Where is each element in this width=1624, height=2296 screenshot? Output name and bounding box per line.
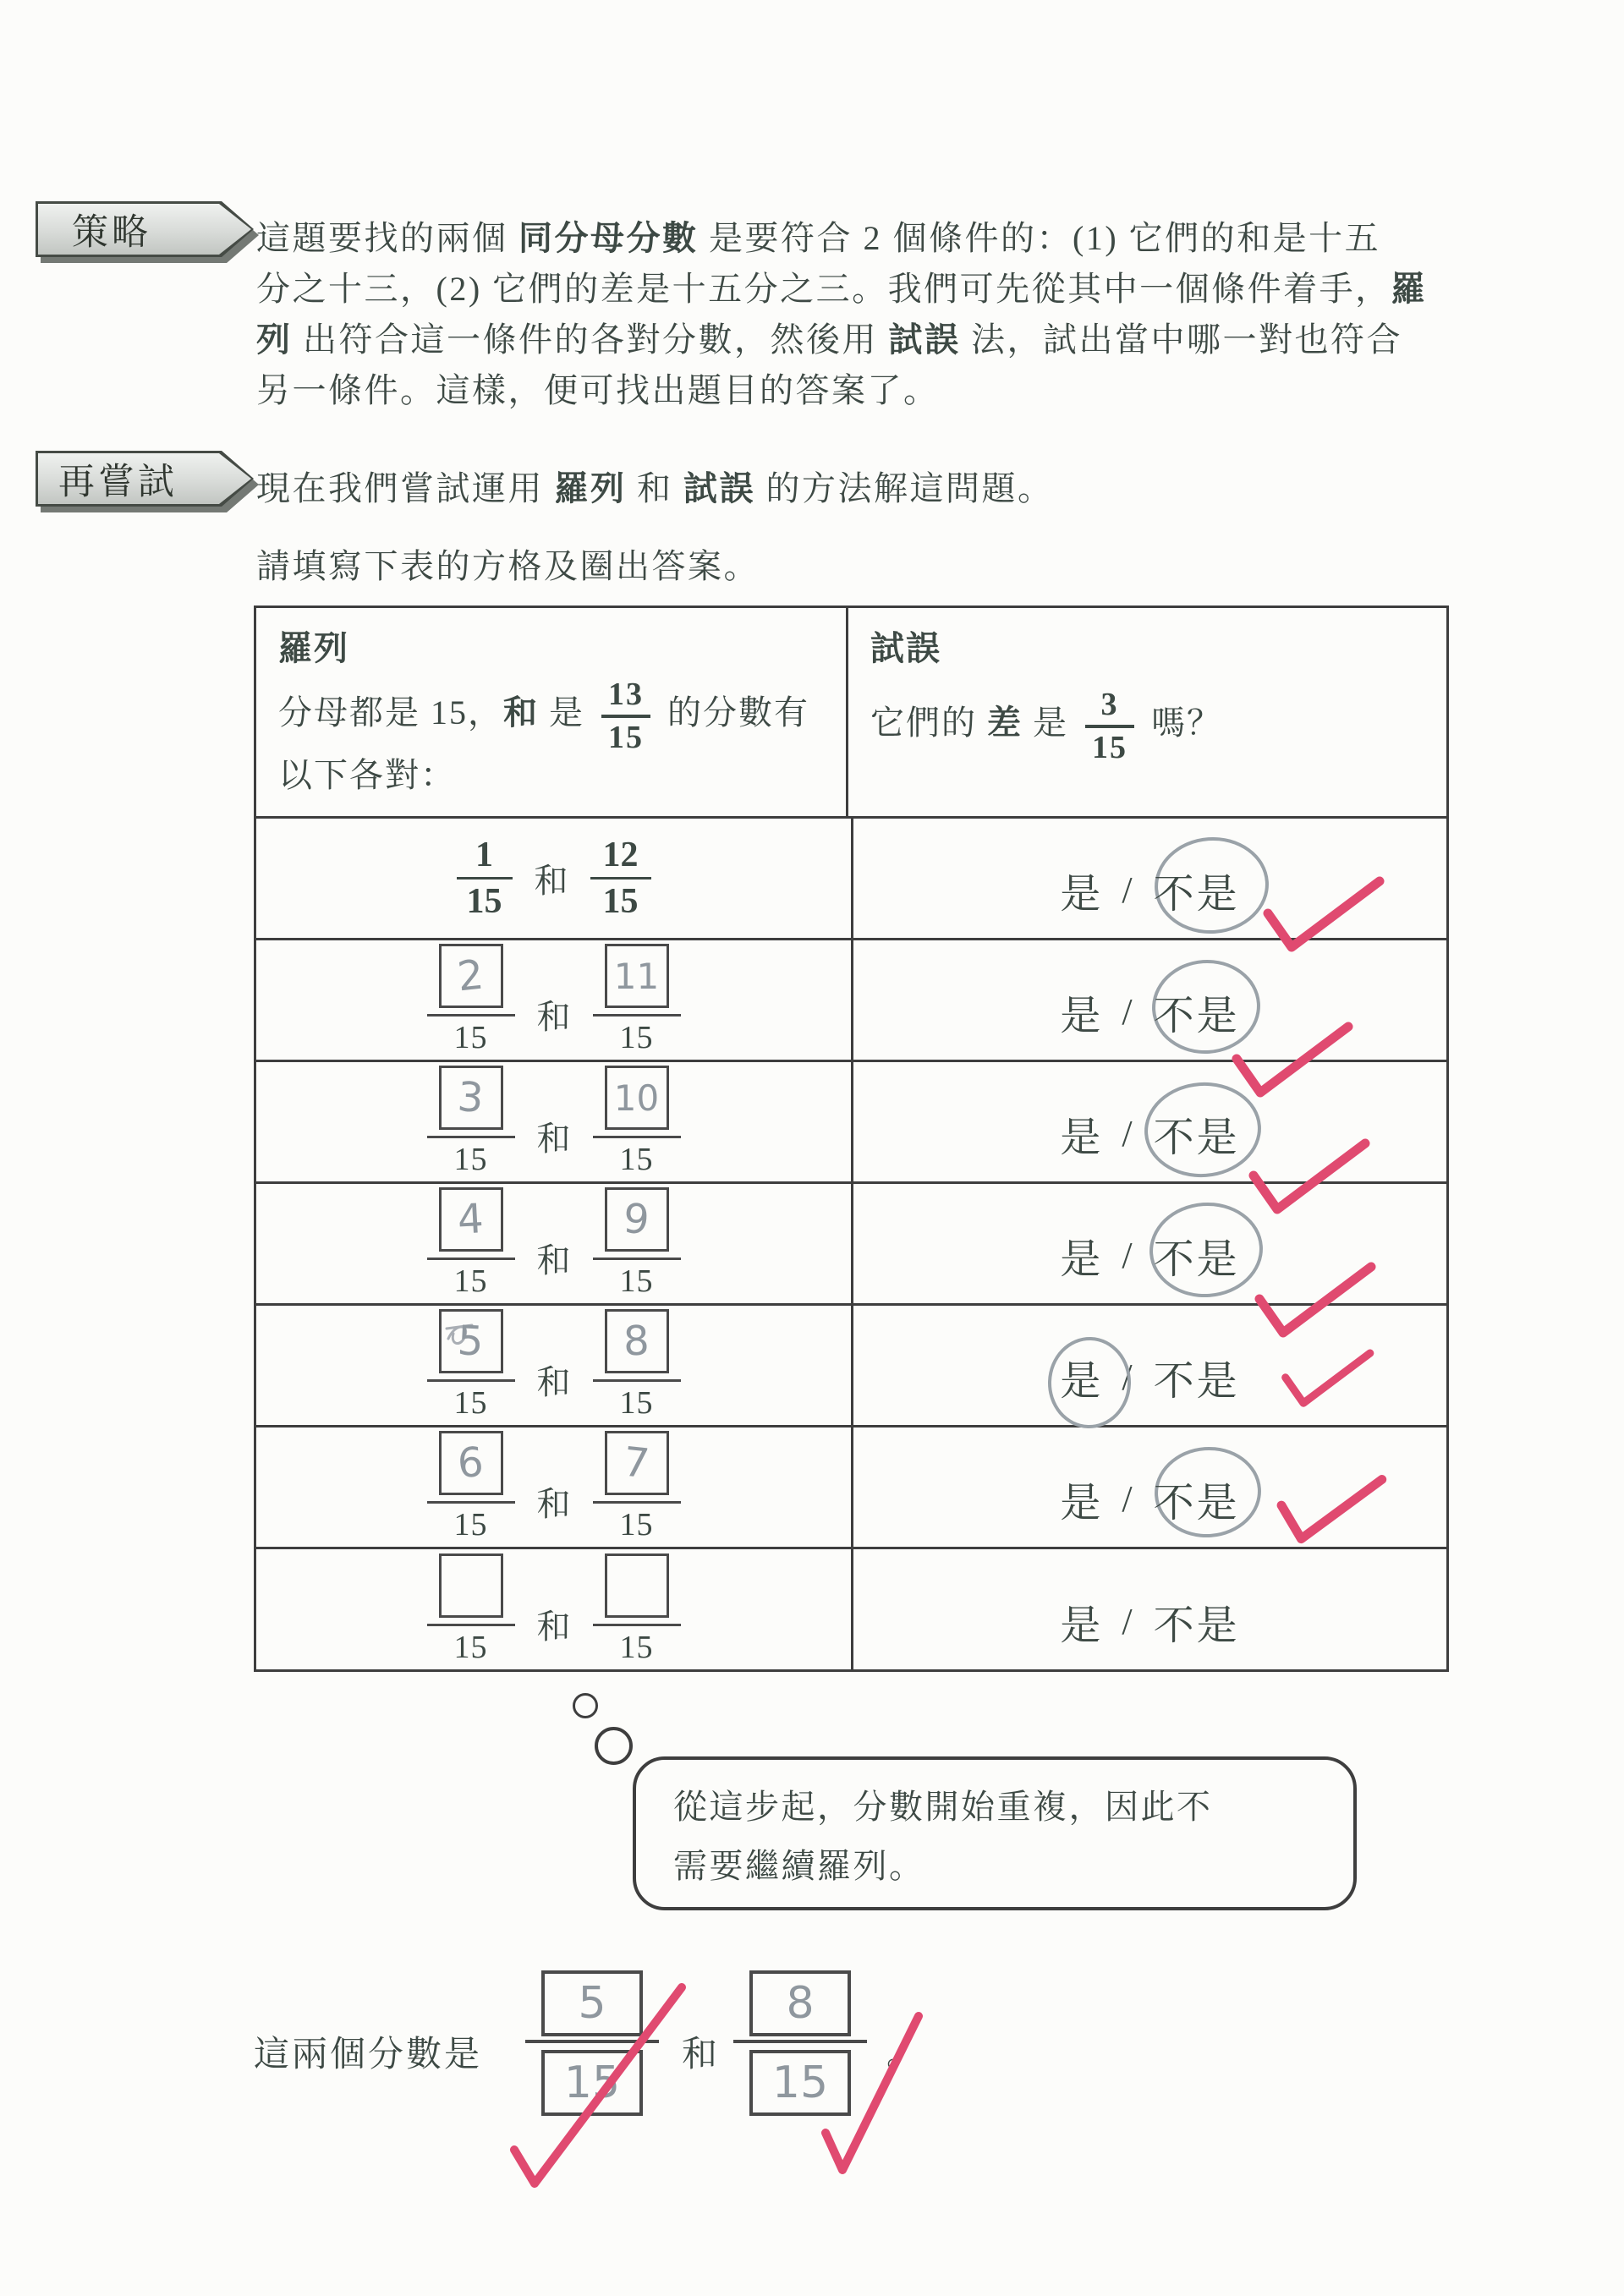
- yes-no-cell: 是/不是: [853, 1549, 1446, 1669]
- text-run: 是: [539, 693, 595, 732]
- conjunction-label: 和: [537, 1477, 571, 1526]
- fraction-bar: [1085, 725, 1134, 728]
- boxed-fraction: 1015: [593, 1066, 681, 1178]
- boxed-fraction: 615: [427, 1431, 515, 1543]
- fraction-bar: [593, 1014, 681, 1016]
- handwritten-numerator: 2: [455, 951, 486, 1001]
- option-separator: /: [1122, 1600, 1134, 1643]
- conjunction-label: 和: [537, 1234, 571, 1282]
- boxed-fraction: 415: [427, 1187, 515, 1300]
- text-run-bold: 試誤: [683, 469, 755, 507]
- check-mark-icon: [506, 1975, 692, 2191]
- numerator-box[interactable]: 9: [605, 1187, 669, 1252]
- boxed-fraction: 215: [427, 944, 515, 1056]
- text-run: 另一條件。這樣，便可找出題目的答案了。: [256, 371, 940, 409]
- fraction-denominator: 15: [620, 1141, 654, 1178]
- fraction-bar: [590, 877, 651, 879]
- boxed-fraction: 15: [427, 1553, 515, 1666]
- handwritten-numerator: 6: [456, 1438, 485, 1488]
- fraction-denominator: 15: [454, 1141, 488, 1178]
- arrow-banner-shape: 再嘗試: [36, 451, 254, 507]
- conjunction-label: 和: [537, 990, 571, 1038]
- option-no[interactable]: 不是: [1154, 1470, 1240, 1528]
- fraction-bar: [593, 1136, 681, 1138]
- numerator-box[interactable]: 2: [439, 944, 503, 1008]
- yes-no-cell: 是/不是: [853, 1062, 1446, 1181]
- pair-cell: 15 和 15: [256, 1549, 853, 1669]
- fraction-denominator: 15: [467, 883, 502, 920]
- paragraph-line: 列 出符合這一條件的各對分數，然後用 試誤 法，試出當中哪一對也符合: [256, 313, 1427, 364]
- text-run-bold: 羅: [1391, 270, 1428, 308]
- fraction-bar: [427, 1501, 515, 1504]
- conjunction-label: 和: [535, 854, 568, 902]
- text-run-bold: 同分母分數: [518, 219, 699, 257]
- handwritten-numerator: 4: [457, 1195, 485, 1244]
- table-row: 215 和 1115 是/不是: [256, 938, 1446, 1060]
- numerator-box[interactable]: [439, 1553, 503, 1618]
- column-description: 它們的 差 是 315 嗎？: [870, 688, 1429, 764]
- text-run: 這題要找的兩個: [256, 219, 518, 257]
- conjunction-label: 和: [537, 1600, 571, 1648]
- handwritten-answer: 8: [786, 1978, 814, 2029]
- fraction-bar: [427, 1136, 515, 1138]
- fraction-numerator: 3: [1101, 688, 1119, 721]
- fraction-bar: [593, 1624, 681, 1626]
- text-run: 法，試出當中哪一對也符合: [961, 321, 1403, 359]
- thought-dot-large: [595, 1727, 633, 1765]
- paragraph-line: 請填寫下表的方格及圈出答案。: [256, 540, 760, 590]
- text-run: 嗎？: [1141, 704, 1222, 742]
- column-title: 試誤: [870, 622, 1429, 670]
- check-mark-icon: [1271, 1348, 1383, 1409]
- text-run: 是要符合 2 個條件的：(1) 它們的和是十五: [699, 219, 1381, 257]
- boxed-fraction: 15: [593, 1553, 681, 1666]
- strategy-tag: 策略: [36, 201, 254, 257]
- fraction-denominator: 15: [620, 1263, 654, 1300]
- fraction-denominator: 15: [608, 721, 644, 754]
- fraction-bar: [427, 1258, 515, 1260]
- text-run-bold: 和: [503, 693, 539, 732]
- handwritten-numerator: 3: [456, 1073, 485, 1122]
- boxed-fraction: 915: [593, 1187, 681, 1300]
- pair-cell: 115 和 1215: [256, 819, 853, 938]
- fraction-bar: [427, 1379, 515, 1382]
- fraction-bar: [457, 877, 513, 879]
- handwritten-numerator: 11: [614, 956, 659, 997]
- numerator-box[interactable]: 7: [605, 1431, 669, 1495]
- boxed-fraction: 515: [427, 1309, 515, 1422]
- text-run-bold: 差: [987, 704, 1023, 742]
- boxed-fraction: 1115: [593, 944, 681, 1056]
- option-no[interactable]: 不是: [1154, 983, 1240, 1041]
- text-run: 出符合這一條件的各對分數，然後用: [293, 321, 889, 359]
- option-yes[interactable]: 是: [1060, 1470, 1103, 1528]
- fraction-denominator: 15: [620, 1506, 654, 1543]
- option-yes[interactable]: 是: [1060, 861, 1103, 919]
- fraction-bar: [593, 1258, 681, 1260]
- fraction-denominator: 15: [1092, 732, 1127, 764]
- yes-no-cell: 是/不是: [853, 1427, 1446, 1547]
- check-mark-icon: [817, 2006, 925, 2179]
- handwritten-numerator: 5: [457, 1317, 485, 1366]
- fraction-denominator: 15: [603, 883, 639, 920]
- boxed-fraction: 815: [593, 1309, 681, 1422]
- yes-no-cell: 是/不是: [853, 819, 1446, 938]
- check-mark-icon: [1259, 874, 1386, 955]
- pair-cell: 515 和 815: [256, 1306, 853, 1425]
- yes-no-cell: 是/不是: [853, 940, 1446, 1060]
- option-yes[interactable]: 是: [1060, 1592, 1103, 1651]
- fraction-denominator: 15: [454, 1019, 488, 1056]
- fraction-3-15: 315: [1085, 688, 1134, 764]
- fraction-denominator: 15: [454, 1384, 488, 1422]
- paragraph-line: 這題要找的兩個 同分母分數 是要符合 2 個條件的：(1) 它們的和是十五: [256, 211, 1427, 262]
- fraction-numerator: 12: [603, 836, 639, 874]
- numerator-box[interactable]: 5: [439, 1309, 503, 1373]
- fill-instruction: 請填寫下表的方格及圈出答案。: [256, 540, 760, 590]
- text-run: 是: [1023, 704, 1078, 742]
- fraction-bar: [427, 1624, 515, 1626]
- retry-intro: 現在我們嘗試運用 羅列 和 試誤 的方法解這問題。: [256, 462, 1054, 512]
- handwritten-numerator: 9: [622, 1195, 651, 1244]
- column-description: 分母都是 15，和 是 1315 的分數有以下各對：: [278, 678, 824, 797]
- option-no[interactable]: 不是: [1154, 1592, 1240, 1651]
- option-yes[interactable]: 是: [1060, 983, 1103, 1041]
- table-row: 615 和 715 是/不是: [256, 1425, 1446, 1547]
- fraction-denominator: 15: [620, 1019, 654, 1056]
- handwritten-numerator: 10: [614, 1077, 659, 1119]
- handwritten-numerator: 7: [621, 1438, 651, 1488]
- table-row: 115 和 1215 是/不是: [256, 816, 1446, 938]
- option-no[interactable]: 不是: [1154, 861, 1240, 919]
- text-run: 現在我們嘗試運用: [256, 469, 555, 507]
- pair-cell: 315 和 1015: [256, 1062, 853, 1181]
- numerator-box[interactable]: 6: [439, 1431, 503, 1495]
- bubble-text-line: 從這步起，分數開始重複，因此不: [673, 1780, 1316, 1839]
- fraction-12-15: 1215: [590, 836, 651, 920]
- text-run: 它們的: [870, 704, 987, 742]
- numerator-box[interactable]: 3: [439, 1066, 503, 1130]
- fraction-13-15: 1315: [601, 678, 650, 754]
- retry-tag-label: 再嘗試: [58, 453, 178, 505]
- text-run-bold: 試誤: [889, 321, 961, 359]
- numerator-box[interactable]: 11: [605, 944, 669, 1008]
- fraction-denominator: 15: [454, 1263, 488, 1300]
- fraction-denominator: 15: [454, 1506, 488, 1543]
- option-no[interactable]: 不是: [1154, 1104, 1240, 1163]
- table-header-row: 羅列 分母都是 15，和 是 1315 的分數有以下各對： 試誤 它們的 差 是…: [256, 608, 1446, 816]
- fraction-denominator: 15: [454, 1629, 488, 1666]
- paragraph-line: 另一條件。這樣，便可找出題目的答案了。: [256, 364, 1427, 414]
- arrow-banner-shape: 策略: [36, 201, 254, 257]
- numerator-box[interactable]: [605, 1553, 669, 1618]
- text-run-bold: 羅列: [555, 469, 627, 507]
- table-row: 15 和 15 是/不是: [256, 1547, 1446, 1669]
- pair-cell: 415 和 915: [256, 1184, 853, 1303]
- fraction-1-15: 115: [457, 836, 513, 920]
- option-yes[interactable]: 是: [1060, 1104, 1103, 1163]
- retry-tag: 再嘗試: [36, 451, 254, 507]
- check-mark-icon: [1251, 1260, 1378, 1340]
- pair-cell: 615 和 715: [256, 1427, 853, 1547]
- text-run: 的方法解這問題。: [755, 469, 1054, 507]
- text-run: 分之十三，(2) 它們的差是十五分之三。我們可先從其中一個條件着手，: [256, 270, 1391, 308]
- option-separator: /: [1122, 1234, 1134, 1277]
- boxed-fraction: 315: [427, 1066, 515, 1178]
- check-mark-icon: [1228, 1020, 1355, 1100]
- fraction-denominator: 15: [620, 1384, 654, 1422]
- fraction-bar: [593, 1379, 681, 1382]
- numerator-box[interactable]: 10: [605, 1066, 669, 1130]
- numerator-box[interactable]: 8: [605, 1309, 669, 1373]
- fraction-numerator: 13: [608, 678, 644, 711]
- paragraph-line: 現在我們嘗試運用 羅列 和 試誤 的方法解這問題。: [256, 462, 1054, 512]
- option-separator: /: [1122, 1112, 1134, 1155]
- strategy-paragraph: 這題要找的兩個 同分母分數 是要符合 2 個條件的：(1) 它們的和是十五 分之…: [256, 211, 1427, 414]
- option-separator: /: [1122, 1477, 1134, 1521]
- check-mark-icon: [1274, 1471, 1388, 1548]
- option-no[interactable]: 不是: [1154, 1348, 1240, 1406]
- thought-dot-small: [573, 1693, 598, 1718]
- text-run: 和: [627, 469, 684, 507]
- option-separator: /: [1122, 869, 1134, 912]
- text-run: 分母都是 15，: [278, 693, 503, 732]
- paragraph-line: 分之十三，(2) 它們的差是十五分之三。我們可先從其中一個條件着手，羅: [256, 262, 1427, 313]
- check-mark-icon: [1245, 1137, 1372, 1217]
- fraction-bar: [427, 1014, 515, 1016]
- fraction-denominator: 15: [620, 1629, 654, 1666]
- option-yes[interactable]: 是: [1060, 1226, 1103, 1285]
- conjunction-label: 和: [537, 1356, 571, 1404]
- worksheet-table: 羅列 分母都是 15，和 是 1315 的分數有以下各對： 試誤 它們的 差 是…: [254, 606, 1449, 1672]
- answer-prefix: 這兩個分數是: [254, 2026, 482, 2077]
- header-cell-enumerate: 羅列 分母都是 15，和 是 1315 的分數有以下各對：: [256, 608, 848, 816]
- strategy-tag-label: 策略: [72, 204, 151, 255]
- column-title: 羅列: [278, 622, 824, 670]
- boxed-fraction: 715: [593, 1431, 681, 1543]
- option-yes[interactable]: 是: [1060, 1348, 1103, 1406]
- numerator-box[interactable]: 4: [439, 1187, 503, 1252]
- option-separator: /: [1122, 990, 1134, 1033]
- conjunction-label: 和: [537, 1112, 571, 1160]
- text-run-bold: 列: [256, 321, 293, 359]
- fraction-numerator: 1: [475, 836, 493, 874]
- option-no[interactable]: 不是: [1154, 1226, 1240, 1285]
- fraction-bar: [601, 715, 650, 718]
- fraction-bar: [593, 1501, 681, 1504]
- bubble-text-line: 需要繼續羅列。: [673, 1839, 1316, 1899]
- pair-cell: 215 和 1115: [256, 940, 853, 1060]
- handwritten-numerator: 8: [623, 1317, 650, 1365]
- header-cell-trial: 試誤 它們的 差 是 315 嗎？: [848, 608, 1451, 816]
- worksheet-page: 策略 這題要找的兩個 同分母分數 是要符合 2 個條件的：(1) 它們的和是十五…: [0, 0, 1624, 2296]
- note-bubble: 從這步起，分數開始重複，因此不 需要繼續羅列。: [633, 1756, 1357, 1910]
